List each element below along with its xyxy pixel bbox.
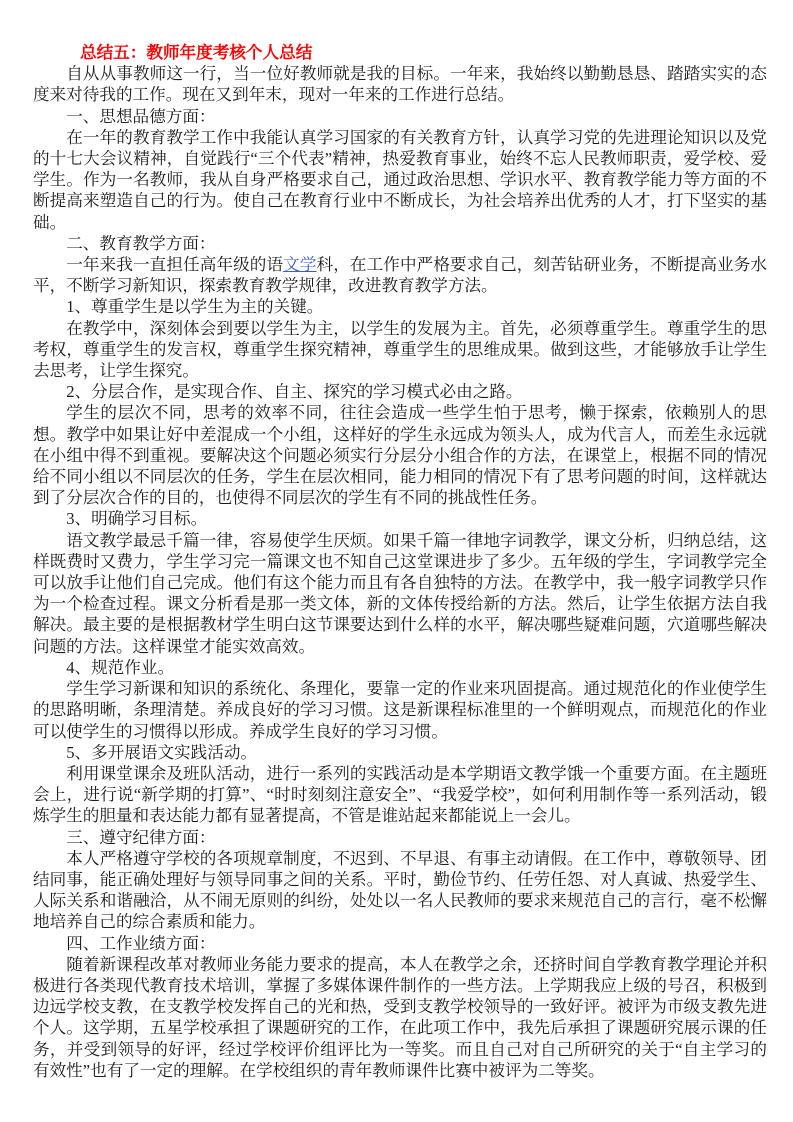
paragraph: 学生学习新课和知识的系统化、条理化，要靠一定的作业来巩固提高。通过规范化的作业使… xyxy=(33,678,767,742)
paragraph: 学生的层次不同，思考的效率不同，往往会造成一些学生怕于思考，懒于探索，依赖别人的… xyxy=(33,402,767,508)
paragraph: 本人严格遵守学校的各项规章制度，不迟到、不早退、有事主动请假。在工作中，尊敬领导… xyxy=(33,848,767,933)
text-segment: 一年来我一直担任高年级的语 xyxy=(66,255,283,274)
paragraph: 在一年的教育教学工作中我能认真学习国家的有关教育方针，认真学习党的先进理论知识以… xyxy=(33,127,767,233)
paragraph: 随着新课程改革对教师业务能力要求的提高，本人在教学之余，还挤时间自学教育教学理论… xyxy=(33,954,767,1081)
paragraph: 四、工作业绩方面： xyxy=(33,933,767,954)
paragraph: 语文教学最忌千篇一律，容易使学生厌烦。如果千篇一律地字词教学，课文分析，归纳总结… xyxy=(33,530,767,657)
paragraph: 4、规范作业。 xyxy=(33,657,767,678)
paragraph: 一、思想品德方面： xyxy=(33,106,767,127)
paragraph: 在教学中，深刻体会到要以学生为主，以学生的发展为主。首先，必须尊重学生。尊重学生… xyxy=(33,318,767,382)
paragraph: 3、明确学习目标。 xyxy=(33,508,767,529)
paragraph: 自从从事教师这一行，当一位好教师就是我的目标。一年来，我始终以勤勤恳恳、踏踏实实… xyxy=(33,63,767,105)
document-page: 总结五：教师年度考核个人总结自从从事教师这一行，当一位好教师就是我的目标。一年来… xyxy=(0,0,793,1122)
paragraph: 二、教育教学方面： xyxy=(33,233,767,254)
inline-hyperlink[interactable]: 文学 xyxy=(283,255,316,274)
paragraph: 三、遵守纪律方面： xyxy=(33,827,767,848)
document-body: 总结五：教师年度考核个人总结自从从事教师这一行，当一位好教师就是我的目标。一年来… xyxy=(33,42,767,1081)
paragraph: 1、尊重学生是以学生为主的关键。 xyxy=(33,296,767,317)
paragraph: 一年来我一直担任高年级的语文学科，在工作中严格要求自己，刻苦钻研业务，不断提高业… xyxy=(33,254,767,296)
paragraph: 2、分层合作，是实现合作、自主、探究的学习模式必由之路。 xyxy=(33,381,767,402)
paragraph: 利用课堂课余及班队活动，进行一系列的实践活动是本学期语文教学饿一个重要方面。在主… xyxy=(33,763,767,827)
paragraph: 5、多开展语文实践活动。 xyxy=(33,742,767,763)
document-title: 总结五：教师年度考核个人总结 xyxy=(33,42,767,63)
